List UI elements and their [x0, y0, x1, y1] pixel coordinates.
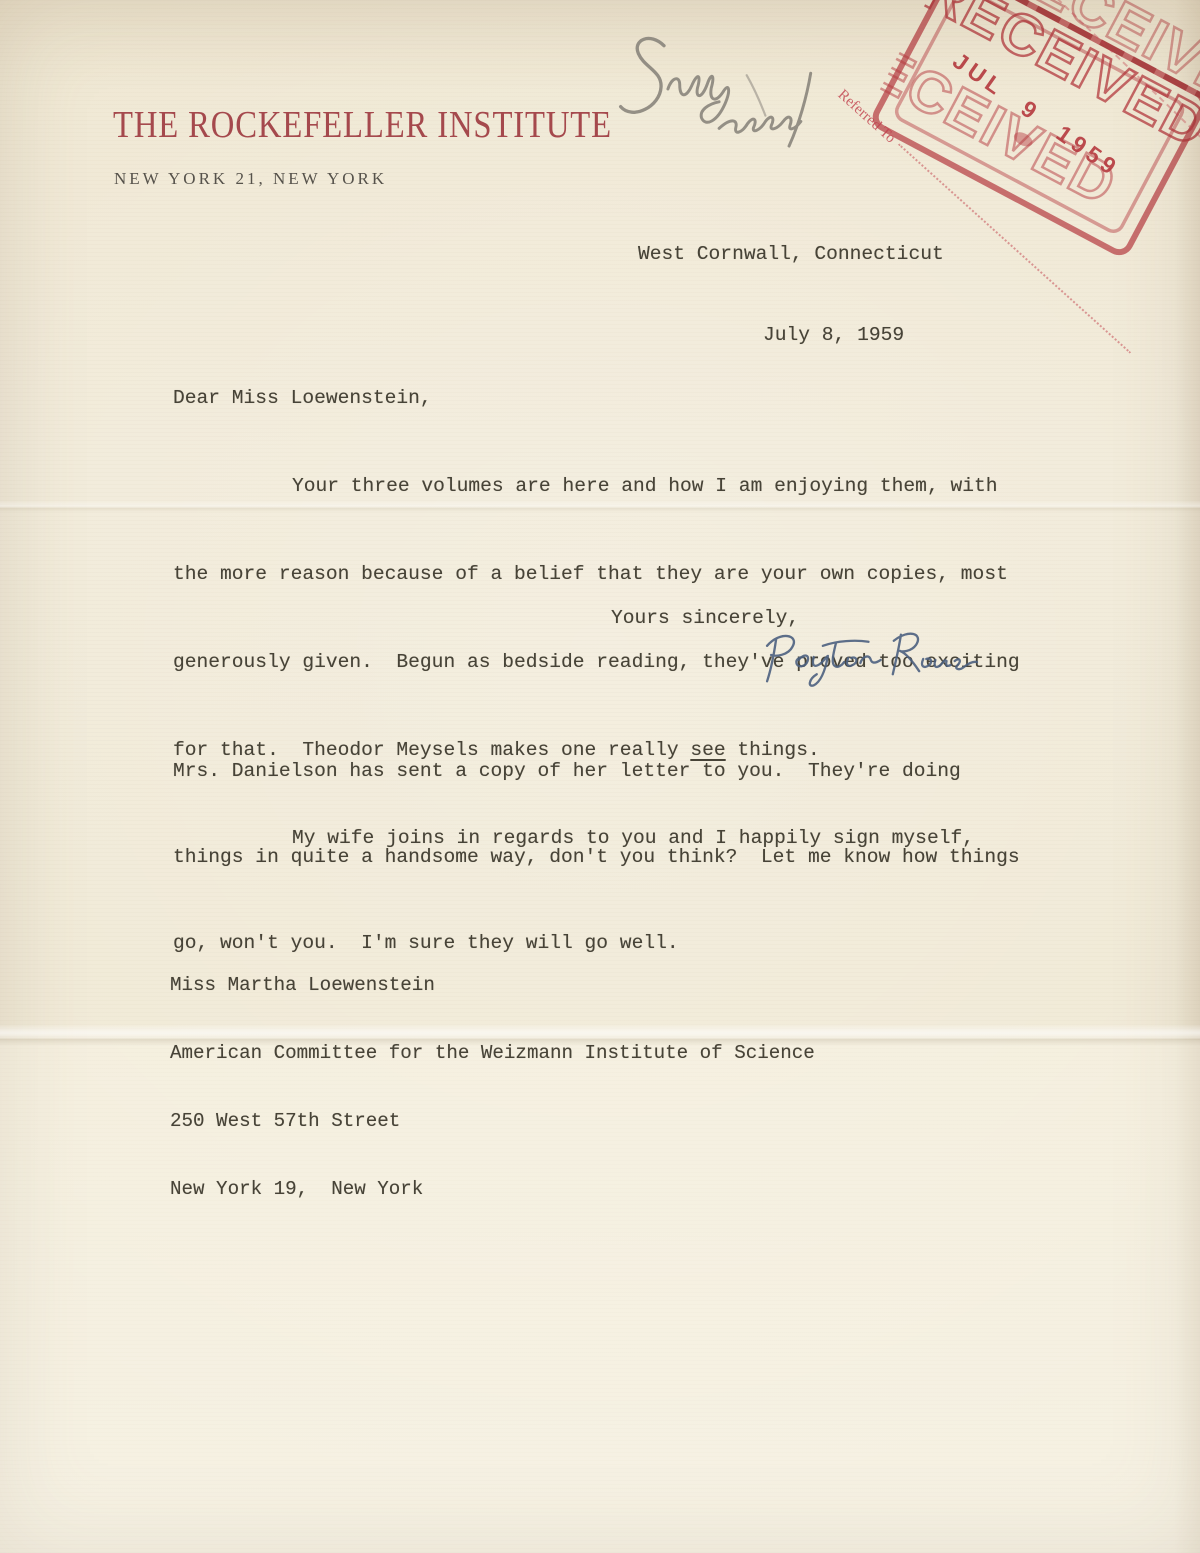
pencil-annotation — [598, 24, 856, 152]
postscript-line: things in quite a handsome way, don't yo… — [173, 836, 1020, 878]
recipient-line: American Committee for the Weizmann Inst… — [170, 1041, 815, 1065]
body-line: Your three volumes are here and how I am… — [173, 464, 1020, 508]
recipient-line: Miss Martha Loewenstein — [170, 973, 815, 997]
signature-peyton-rous — [762, 628, 980, 690]
body-line: the more reason because of a belief that… — [173, 552, 1020, 596]
recipient-line: 250 West 57th Street — [170, 1109, 815, 1133]
dateline-place: West Cornwall, Connecticut — [638, 241, 944, 268]
postscript-line: Mrs. Danielson has sent a copy of her le… — [173, 750, 1020, 792]
letterhead-address: NEW YORK 21, NEW YORK — [114, 169, 387, 189]
salutation: Dear Miss Loewenstein, — [173, 376, 1020, 420]
letter-page: THE ROCKEFELLER INSTITUTE NEW YORK 21, N… — [0, 0, 1200, 1553]
recipient-address: Miss Martha Loewenstein American Committ… — [170, 929, 815, 1245]
recipient-line: New York 19, New York — [170, 1177, 815, 1201]
letterhead-title: THE ROCKEFELLER INSTITUTE — [113, 103, 612, 147]
